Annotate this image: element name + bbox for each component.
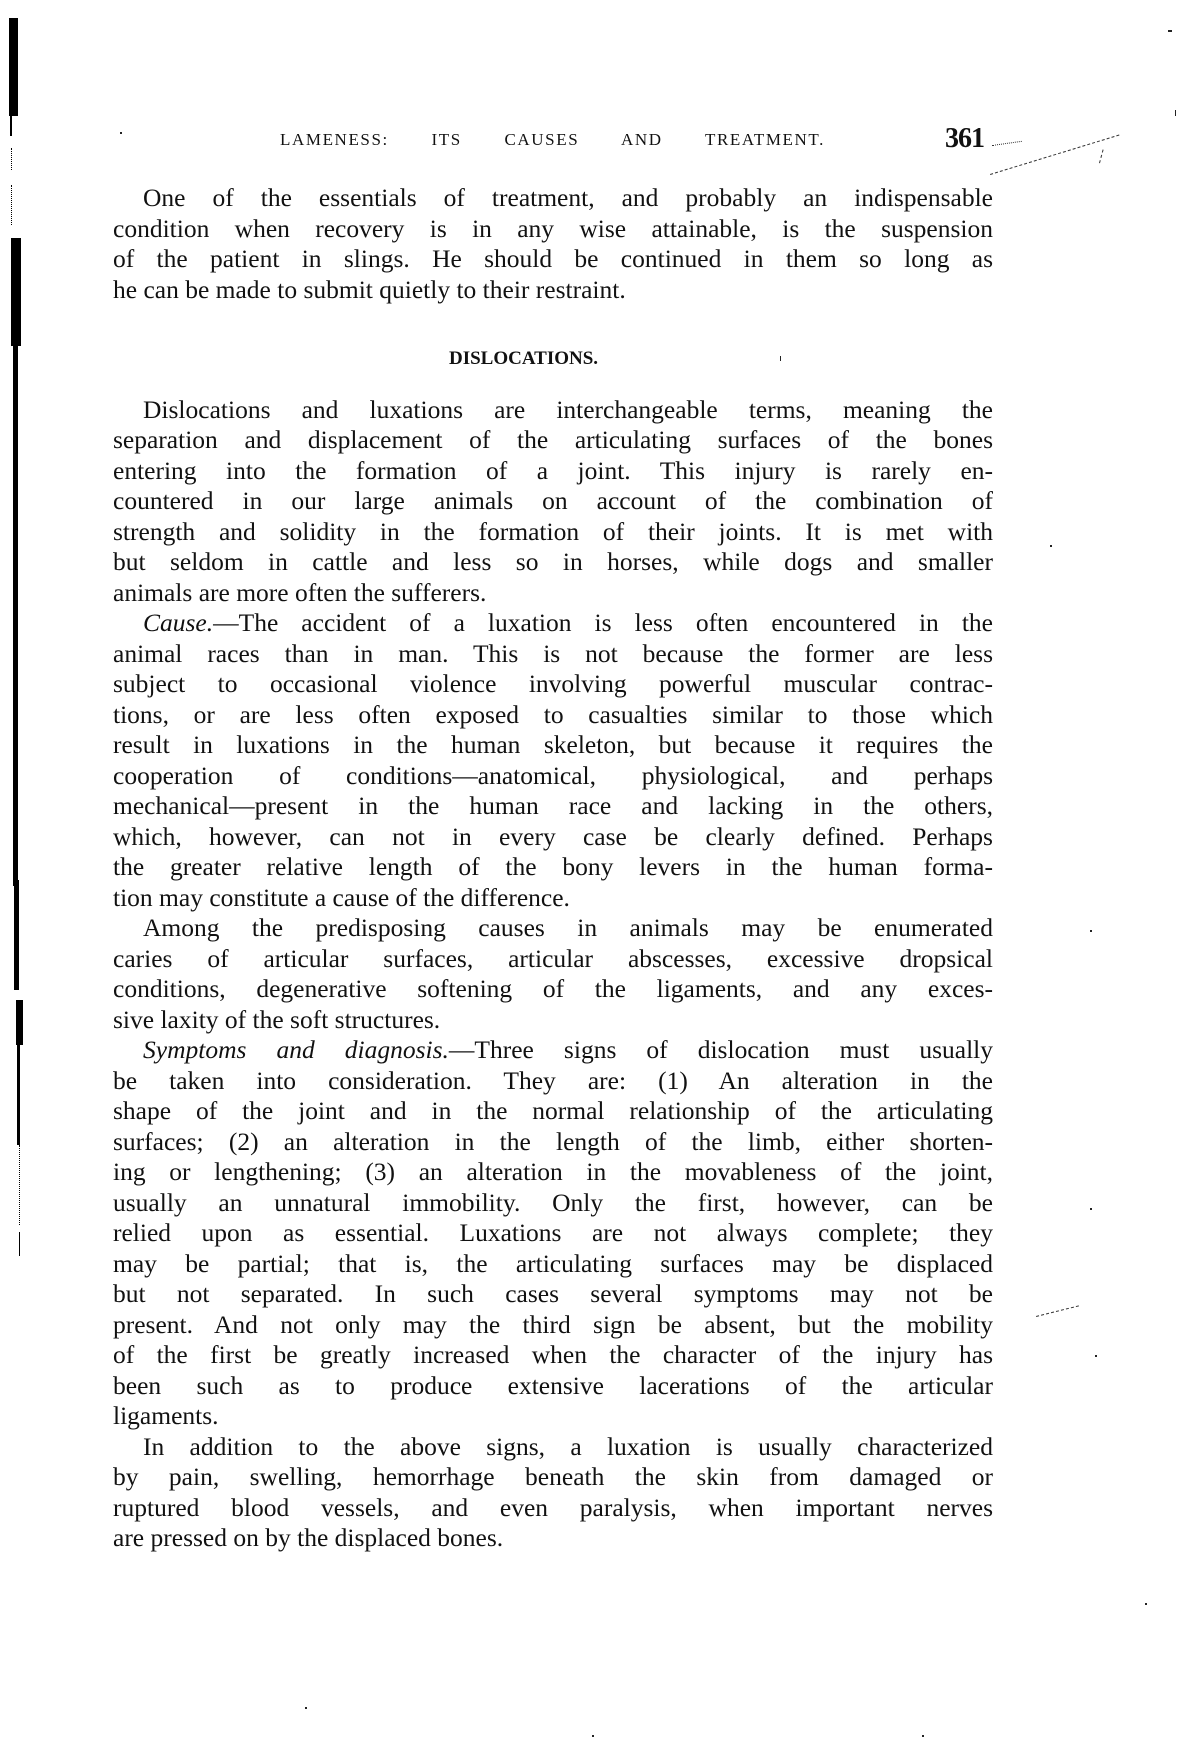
scan-speck (1095, 1355, 1097, 1357)
text-line: strength and solidity in the formation o… (113, 517, 993, 547)
text-line: shape of the joint and in the normal rel… (113, 1096, 993, 1126)
scan-speck (1090, 1208, 1092, 1210)
scan-speck (120, 132, 122, 134)
text-line: by pain, swelling, hemorrhage beneath th… (113, 1462, 993, 1492)
text-line: caries of articular surfaces, articular … (113, 944, 993, 974)
binding-shadow (16, 1000, 23, 1045)
text-line: but seldom in cattle and less so in hors… (113, 547, 993, 577)
scan-speck (922, 1735, 924, 1737)
binding-dots (11, 148, 12, 170)
text-line: tions, or are less often exposed to casu… (113, 700, 993, 730)
text-line: Cause.—The accident of a luxation is les… (143, 608, 993, 638)
run-in-heading-cause: Cause. (143, 608, 213, 637)
text-line: which, however, can not in every case be… (113, 822, 993, 852)
text-line: but not separated. In such cases several… (113, 1279, 993, 1309)
text-line: are pressed on by the displaced bones. (113, 1523, 993, 1553)
binding-dots (19, 1145, 20, 1225)
text-line: present. And not only may the third sign… (113, 1310, 993, 1340)
text-line: may be partial; that is, the articulatin… (113, 1249, 993, 1279)
text-line: subject to occasional violence involving… (113, 669, 993, 699)
text-line: the greater relative length of the bony … (113, 852, 993, 882)
text-line: been such as to produce extensive lacera… (113, 1371, 993, 1401)
pencil-mark (1099, 149, 1104, 163)
scan-speck (1175, 110, 1176, 116)
binding-shadow (14, 880, 19, 990)
binding-dots (11, 185, 12, 225)
pencil-mark (1036, 1305, 1079, 1317)
running-header: LAMENESS: ITS CAUSES AND TREATMENT. (280, 130, 825, 150)
page-number: 361 (945, 124, 984, 154)
binding-shadow (13, 346, 18, 886)
text-line: animal races than in man. This is not be… (113, 639, 993, 669)
text-line: sive laxity of the soft structures. (113, 1005, 993, 1035)
text-line: surfaces; (2) an alteration in the lengt… (113, 1127, 993, 1157)
binding-shadow (10, 116, 12, 136)
text-line: relied upon as essential. Luxations are … (113, 1218, 993, 1248)
text-line: condition when recovery is in any wise a… (113, 214, 993, 244)
binding-shadow (11, 238, 21, 346)
text-line: Dislocations and luxations are interchan… (143, 395, 993, 425)
text-span: —The accident of a luxation is less ofte… (213, 608, 993, 637)
scan-speck (1090, 930, 1092, 932)
scan-speck (592, 1735, 594, 1737)
binding-shadow (17, 1045, 20, 1145)
scan-speck (780, 356, 781, 361)
binding-shadow (9, 18, 18, 116)
pencil-mark (992, 141, 1022, 146)
text-line: ing or lengthening; (3) an alteration in… (113, 1157, 993, 1187)
binding-shadow (19, 1232, 20, 1256)
scan-speck (1050, 545, 1052, 547)
text-line: tion may constitute a cause of the diffe… (113, 883, 993, 913)
scan-speck (1168, 30, 1172, 32)
text-line: ligaments. (113, 1401, 993, 1431)
text-line: he can be made to submit quietly to thei… (113, 275, 993, 305)
text-line: One of the essentials of treatment, and … (143, 183, 993, 213)
text-line: Symptoms and diagnosis.—Three signs of d… (143, 1035, 993, 1065)
text-line: ruptured blood vessels, and even paralys… (113, 1493, 993, 1523)
text-line: cooperation of conditions—anatomical, ph… (113, 761, 993, 791)
text-line: In addition to the above signs, a luxati… (143, 1432, 993, 1462)
text-line: entering into the formation of a joint. … (113, 456, 993, 486)
text-line: of the first be greatly increased when t… (113, 1340, 993, 1370)
scan-speck (305, 1707, 307, 1709)
text-line: usually an unnatural immobility. Only th… (113, 1188, 993, 1218)
text-line: animals are more often the sufferers. (113, 578, 993, 608)
text-line: result in luxations in the human skeleto… (113, 730, 993, 760)
text-line: Among the predisposing causes in animals… (143, 913, 993, 943)
text-line: be taken into consideration. They are: (… (113, 1066, 993, 1096)
text-line: mechanical—present in the human race and… (113, 791, 993, 821)
text-line: conditions, degenerative softening of th… (113, 974, 993, 1004)
text-line: of the patient in slings. He should be c… (113, 244, 993, 274)
text-line: countered in our large animals on accoun… (113, 486, 993, 516)
run-in-heading-symptoms: Symptoms and diagnosis. (143, 1035, 449, 1064)
scanned-book-page: LAMENESS: ITS CAUSES AND TREATMENT. 361 … (0, 0, 1200, 1743)
text-span: —Three signs of dislocation must usually (449, 1035, 993, 1064)
scan-speck (1145, 1603, 1147, 1605)
text-line: separation and displacement of the artic… (113, 425, 993, 455)
section-heading: DISLOCATIONS. (449, 348, 651, 370)
